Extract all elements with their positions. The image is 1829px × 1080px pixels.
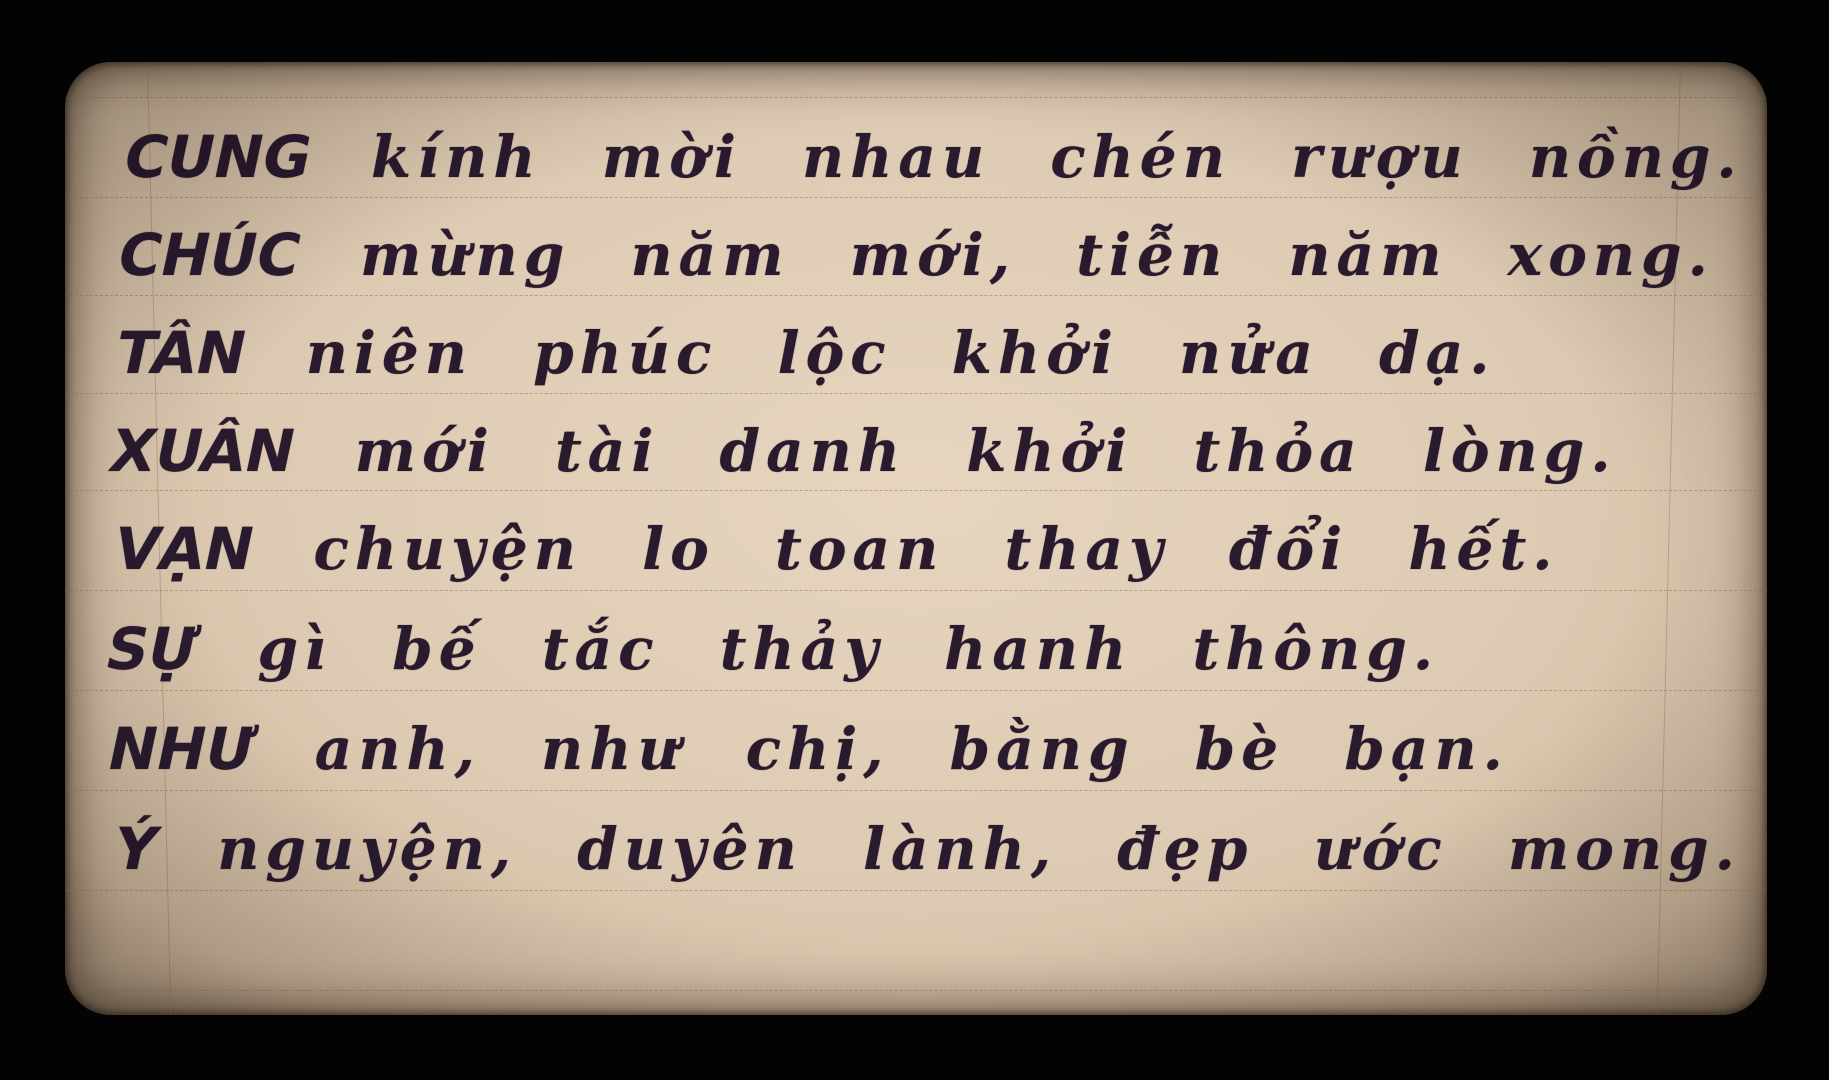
notebook-paper: CUNG kính mời nhau chén rượu nồng. CHÚC … — [65, 62, 1767, 1015]
poem-line-5: VẠN chuyện lo toan thay đổi hết. — [115, 499, 1558, 599]
line-text: nguyện, duyên lành, đẹp ước mong. — [217, 815, 1741, 883]
line-text: gì bế tắc thảy hanh thông. — [257, 615, 1439, 683]
line-text: kính mời nhau chén rượu nồng. — [371, 123, 1743, 191]
acrostic-word: SỰ — [96, 599, 207, 699]
poem-line-6: SỰ gì bế tắc thảy hanh thông. — [107, 599, 1439, 699]
ruled-line — [65, 97, 1767, 98]
line-text: anh, như chị, bằng bè bạn. — [315, 715, 1509, 783]
poem-line-4: XUÂN mới tài danh khởi thỏa lòng. — [111, 401, 1617, 501]
acrostic-word: TÂN — [106, 303, 256, 403]
poem-line-8: Ý nguyện, duyên lành, đẹp ước mong. — [115, 799, 1741, 899]
poem-line-1: CUNG kính mời nhau chén rượu nồng. — [125, 107, 1743, 207]
line-text: mừng năm mới, tiễn năm xong. — [360, 221, 1714, 289]
poem-line-3: TÂN niên phúc lộc khởi nửa dạ. — [117, 303, 1496, 403]
acrostic-word: NHƯ — [98, 699, 265, 799]
poem-line-7: NHƯ anh, như chị, bằng bè bạn. — [109, 699, 1509, 799]
ruled-line — [65, 990, 1767, 991]
photo-frame: CUNG kính mời nhau chén rượu nồng. CHÚC … — [0, 0, 1829, 1080]
acrostic-word: CUNG — [114, 107, 321, 207]
acrostic-word: CHÚC — [108, 205, 310, 305]
acrostic-word: Ý — [104, 799, 167, 899]
line-text: mới tài danh khởi thỏa lòng. — [355, 417, 1617, 485]
line-text: niên phúc lộc khởi nửa dạ. — [306, 319, 1496, 387]
poem-line-2: CHÚC mừng năm mới, tiễn năm xong. — [119, 205, 1714, 305]
acrostic-word: VẠN — [104, 499, 264, 599]
acrostic-word: XUÂN — [100, 401, 305, 501]
line-text: chuyện lo toan thay đổi hết. — [314, 515, 1559, 583]
